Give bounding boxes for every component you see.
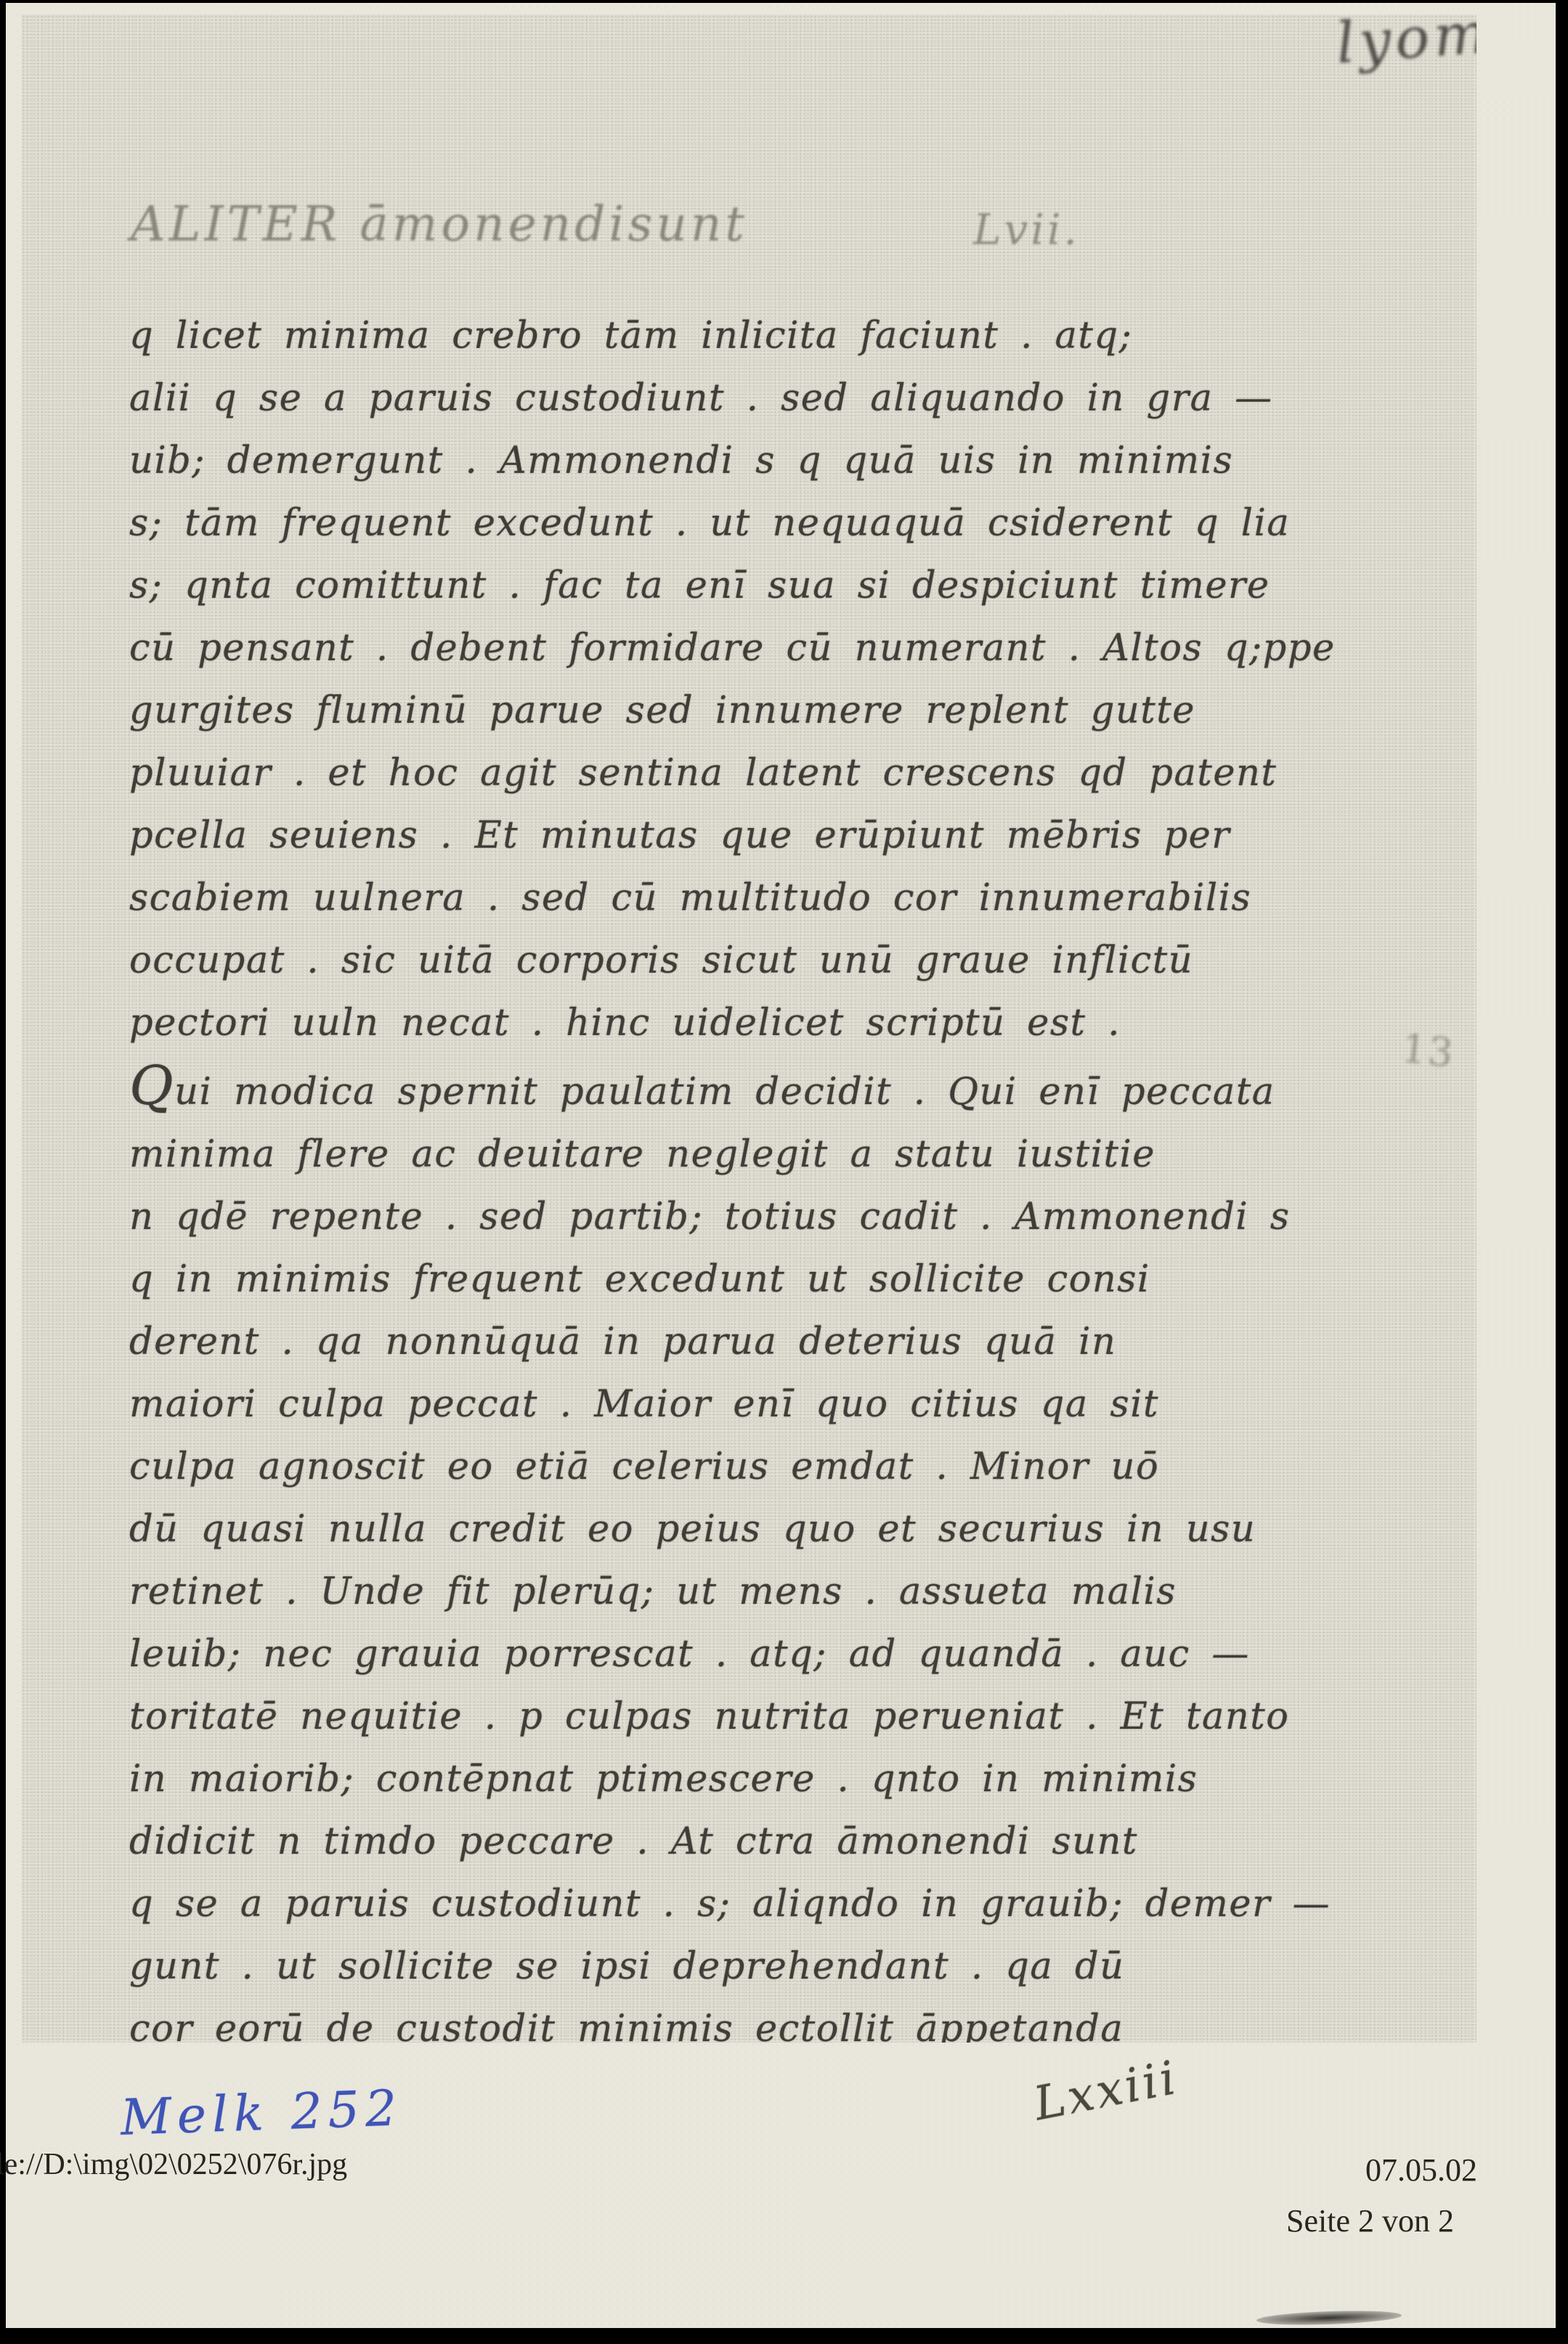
footer-page-info: Seite 2 von 2: [1286, 2202, 1454, 2239]
manuscript-line: retinet . Unde fit plerūq; ut mens . ass…: [129, 1561, 1437, 1623]
printout-paper: lyom ALITER āmonendisunt Lvii. q licet m…: [6, 3, 1556, 2328]
manuscript-line: q licet minima crebro tām inlicita faciu…: [129, 305, 1437, 368]
manuscript-line: alii q se a paruis custodiunt . sed aliq…: [129, 368, 1437, 430]
manuscript-line: minima flere ac deuitare neglegit a stat…: [129, 1124, 1437, 1186]
manuscript-line: cū pensant . debent formidare cū numeran…: [129, 617, 1437, 680]
manuscript-line: pluuiar . et hoc agit sentina latent cre…: [129, 742, 1437, 805]
manuscript-line: q se a paruis custodiunt . s; aliqndo in…: [129, 1873, 1437, 1936]
manuscript-line: s; qnta comittunt . fac ta enī sua si de…: [129, 555, 1437, 617]
manuscript-line: pcella seuiens . Et minutas que erūpiunt…: [129, 805, 1437, 867]
chapter-number: Lvii.: [973, 205, 1080, 254]
manuscript-line: uib; demergunt . Ammonendi s q quā uis i…: [129, 430, 1437, 492]
margin-smudge: 13: [1400, 1025, 1457, 1076]
manuscript-line: culpa agnoscit eo etiā celerius emdat . …: [129, 1436, 1437, 1499]
manuscript-line: cor eorū de custodit minimis ectollit āp…: [129, 1998, 1437, 2043]
manuscript-line: dū quasi nulla credit eo peius quo et se…: [129, 1499, 1437, 1561]
folio-number-annotation: Lxxiii: [1030, 2051, 1183, 2132]
manuscript-line: maiori culpa peccat . Maior enī quo citi…: [129, 1374, 1437, 1436]
manuscript-line: leuib; nec grauia porrescat . atq; ad qu…: [129, 1623, 1437, 1686]
manuscript-line: s; tām frequent excedunt . ut nequaquā c…: [129, 492, 1437, 555]
manuscript-line: scabiem uulnera . sed cū multitudo cor i…: [129, 867, 1437, 930]
header-title: ALITER āmonendisunt: [131, 196, 748, 252]
footer-date: 07.05.02: [1365, 2152, 1477, 2189]
manuscript-line: n qdē repente . sed partib; totius cadit…: [129, 1186, 1437, 1249]
manuscript-lines: q licet minima crebro tām inlicita faciu…: [129, 305, 1437, 2043]
manuscript-line: gunt . ut sollicite se ipsi deprehendant…: [129, 1936, 1437, 1998]
corner-annotation: lyom: [1334, 15, 1476, 76]
manuscript-line: derent . qa nonnūquā in parua deterius q…: [129, 1311, 1437, 1374]
manuscript-line: Qui modica spernit paulatim decidit . Qu…: [129, 1055, 1437, 1124]
manuscript-header: ALITER āmonendisunt Lvii.: [131, 196, 1402, 276]
manuscript-line: toritatē nequitie . p culpas nutrita per…: [129, 1686, 1437, 1748]
manuscript-line: gurgites fluminū parue sed innumere repl…: [129, 680, 1437, 742]
shelfmark-annotation: Melk 252: [120, 2080, 404, 2147]
footer-file-path: le://D:\img\02\0252\076r.jpg: [0, 2147, 347, 2182]
manuscript-line: in maiorib; contēpnat ptimescere . qnto …: [129, 1748, 1437, 1811]
manuscript-line: q in minimis frequent excedunt ut sollic…: [129, 1249, 1437, 1311]
manuscript-line: didicit n timdo peccare . At ctra āmonen…: [129, 1811, 1437, 1873]
manuscript-line: occupat . sic uitā corporis sicut unū gr…: [129, 930, 1437, 992]
manuscript-line: pectori uuln necat . hinc uidelicet scri…: [129, 992, 1437, 1055]
scan-black-border: lyom ALITER āmonendisunt Lvii. q licet m…: [0, 0, 1568, 2344]
paper-edge-smudge: [1256, 2309, 1402, 2327]
manuscript-photo: lyom ALITER āmonendisunt Lvii. q licet m…: [22, 15, 1476, 2043]
